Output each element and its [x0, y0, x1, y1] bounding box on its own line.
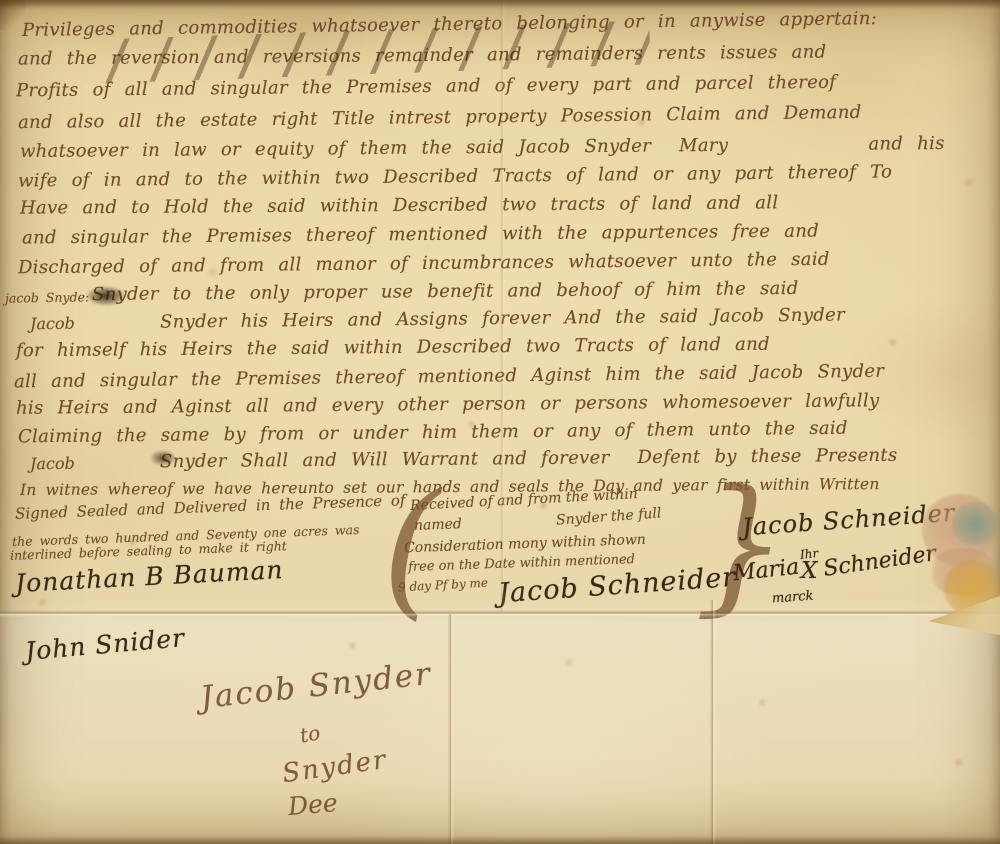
docket-title-party-1: Jacob Snyder [199, 656, 434, 716]
deed-line-4: and also all the estate right Title intr… [18, 102, 862, 133]
deed-line-10: Snyder to the only proper use benefit an… [92, 278, 799, 305]
wife-first-name: Maria [732, 555, 801, 587]
deed-line-14: his Heirs and Aginst all and every other… [16, 390, 880, 419]
docket-title-abbrev: Dee [287, 788, 339, 821]
ink-blot-line-16 [150, 450, 176, 466]
margin-note-line-10: jacob Snyde: [5, 289, 89, 305]
receipt-line-2-left: named [414, 516, 462, 534]
deed-line-12: for himself his Heirs the said within De… [16, 334, 770, 362]
docket-title-to: to [298, 720, 322, 747]
deed-line-8: and singular the Premises thereof mentio… [22, 221, 819, 249]
wife-mark: X [801, 558, 817, 584]
paper-bottom-edge [0, 836, 1000, 844]
deed-line-5: whatsoever in law or equity of them the … [20, 133, 945, 162]
fold-crease-vertical-top [500, 0, 505, 612]
paper-top-edge [0, 0, 1000, 9]
deed-line-9: Discharged of and from all manor of incu… [18, 249, 830, 278]
deed-line-7: Have and to Hold the said within Describ… [20, 192, 779, 218]
docket-title-party-2: Snyder [280, 745, 389, 789]
ink-blot-line-10 [86, 286, 126, 306]
witness-signature: Jonathan B Bauman [14, 555, 284, 598]
fold-crease-vertical-left [448, 614, 454, 844]
seal-stain-green [952, 502, 998, 546]
deed-line-15: Claiming the same by from or under him t… [18, 418, 848, 448]
paper-corner-top-left [0, 0, 26, 30]
deed-page: Privileges and commodities whatsoever th… [0, 0, 1000, 844]
receipt-line-2-right: Snyder the full [556, 505, 662, 528]
deed-line-6: wife of in and to the within two Describ… [18, 161, 892, 191]
deed-line-13: all and singular the Premises thereof me… [14, 361, 884, 393]
docket-name-note: John Snider [24, 623, 186, 666]
margin-note-line-11: Jacob [30, 314, 75, 334]
wife-surname: Schneider [822, 541, 938, 582]
margin-note-line-16: Jacob [30, 454, 75, 474]
wife-mark-below: marck [772, 589, 814, 607]
fold-crease-vertical-right [710, 600, 716, 844]
